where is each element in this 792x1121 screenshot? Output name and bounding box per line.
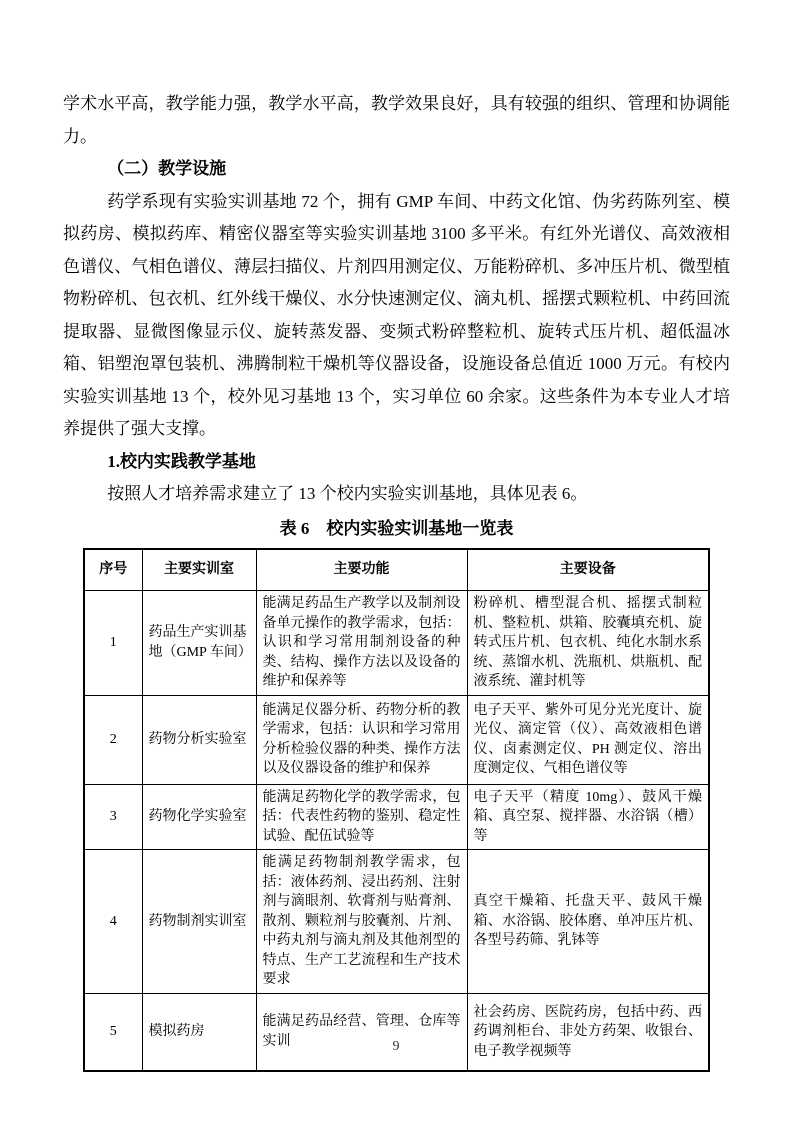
table-header-row: 序号 主要实训室 主要功能 主要设备 <box>84 549 709 591</box>
header-equipment: 主要设备 <box>467 549 709 591</box>
cell-equipment: 电子天平（精度 10mg）、鼓风干燥箱、真空泵、搅拌器、水浴锅（槽）等 <box>467 784 709 850</box>
page-content: 学术水平高，教学能力强，教学水平高，教学效果良好，具有较强的组织、管理和协调能力… <box>63 88 730 1072</box>
cell-function: 能满足药物制剂教学需求，包括：液体药剂、浸出药剂、注射剂与滴眼剂、软膏剂与贴膏剂… <box>256 850 467 994</box>
cell-function: 能满足药品经营、管理、仓库等实训 <box>256 993 467 1071</box>
table-row: 3 药物化学实验室 能满足药物化学的教学需求，包括：代表性药物的鉴别、稳定性试验… <box>84 784 709 850</box>
cell-room: 药物制剂实训室 <box>142 850 256 994</box>
header-room: 主要实训室 <box>142 549 256 591</box>
section-heading: （二）教学设施 <box>63 153 730 186</box>
cell-room: 药物化学实验室 <box>142 784 256 850</box>
cell-no: 4 <box>84 850 142 994</box>
cell-function: 能满足仪器分析、药物分析的教学需求，包括：认识和学习常用分析检验仪器的种类、操作… <box>256 695 467 784</box>
table-row: 1 药品生产实训基地（GMP 车间） 能满足药品生产教学以及制剂设备单元操作的教… <box>84 591 709 696</box>
table-row: 5 模拟药房 能满足药品经营、管理、仓库等实训 社会药房、医院药房，包括中药、西… <box>84 993 709 1071</box>
table-row: 2 药物分析实验室 能满足仪器分析、药物分析的教学需求，包括：认识和学习常用分析… <box>84 695 709 784</box>
header-no: 序号 <box>84 549 142 591</box>
cell-function: 能满足药品生产教学以及制剂设备单元操作的教学需求，包括：认识和学习常用制剂设备的… <box>256 591 467 696</box>
cell-equipment: 粉碎机、槽型混合机、摇摆式制粒机、整粒机、烘箱、胶囊填充机、旋转式压片机、包衣机… <box>467 591 709 696</box>
cell-no: 1 <box>84 591 142 696</box>
training-base-table: 序号 主要实训室 主要功能 主要设备 1 药品生产实训基地（GMP 车间） 能满… <box>83 548 710 1073</box>
sub-heading: 1.校内实践教学基地 <box>63 446 730 479</box>
cell-equipment: 真空干燥箱、托盘天平、鼓风干燥箱、水浴锅、胶体磨、单冲压片机、各型号药筛、乳钵等 <box>467 850 709 994</box>
cell-room: 药物分析实验室 <box>142 695 256 784</box>
document-page: 学术水平高，教学能力强，教学水平高，教学效果良好，具有较强的组织、管理和协调能力… <box>0 0 792 1121</box>
cell-room: 药品生产实训基地（GMP 车间） <box>142 591 256 696</box>
paragraph-intro-continuation: 学术水平高，教学能力强，教学水平高，教学效果良好，具有较强的组织、管理和协调能力… <box>63 88 730 153</box>
cell-equipment: 社会药房、医院药房，包括中药、西药调剂柜台、非处方药架、收银台、电子教学视频等 <box>467 993 709 1071</box>
cell-equipment: 电子天平、紫外可见分光光度计、旋光仪、滴定管（仪）、高效液相色谱仪、卤素测定仪、… <box>467 695 709 784</box>
paragraph-facilities-overview: 药学系现有实验实训基地 72 个，拥有 GMP 车间、中药文化馆、伪劣药陈列室、… <box>63 186 730 446</box>
page-number: 9 <box>0 1039 792 1055</box>
cell-room: 模拟药房 <box>142 993 256 1071</box>
cell-no: 5 <box>84 993 142 1071</box>
header-function: 主要功能 <box>256 549 467 591</box>
cell-function: 能满足药物化学的教学需求，包括：代表性药物的鉴别、稳定性试验、配伍试验等 <box>256 784 467 850</box>
table-caption: 表 6 校内实验实训基地一览表 <box>63 513 730 545</box>
paragraph-base-intro: 按照人才培养需求建立了 13 个校内实验实训基地，具体见表 6。 <box>63 478 730 511</box>
table-row: 4 药物制剂实训室 能满足药物制剂教学需求，包括：液体药剂、浸出药剂、注射剂与滴… <box>84 850 709 994</box>
cell-no: 2 <box>84 695 142 784</box>
cell-no: 3 <box>84 784 142 850</box>
